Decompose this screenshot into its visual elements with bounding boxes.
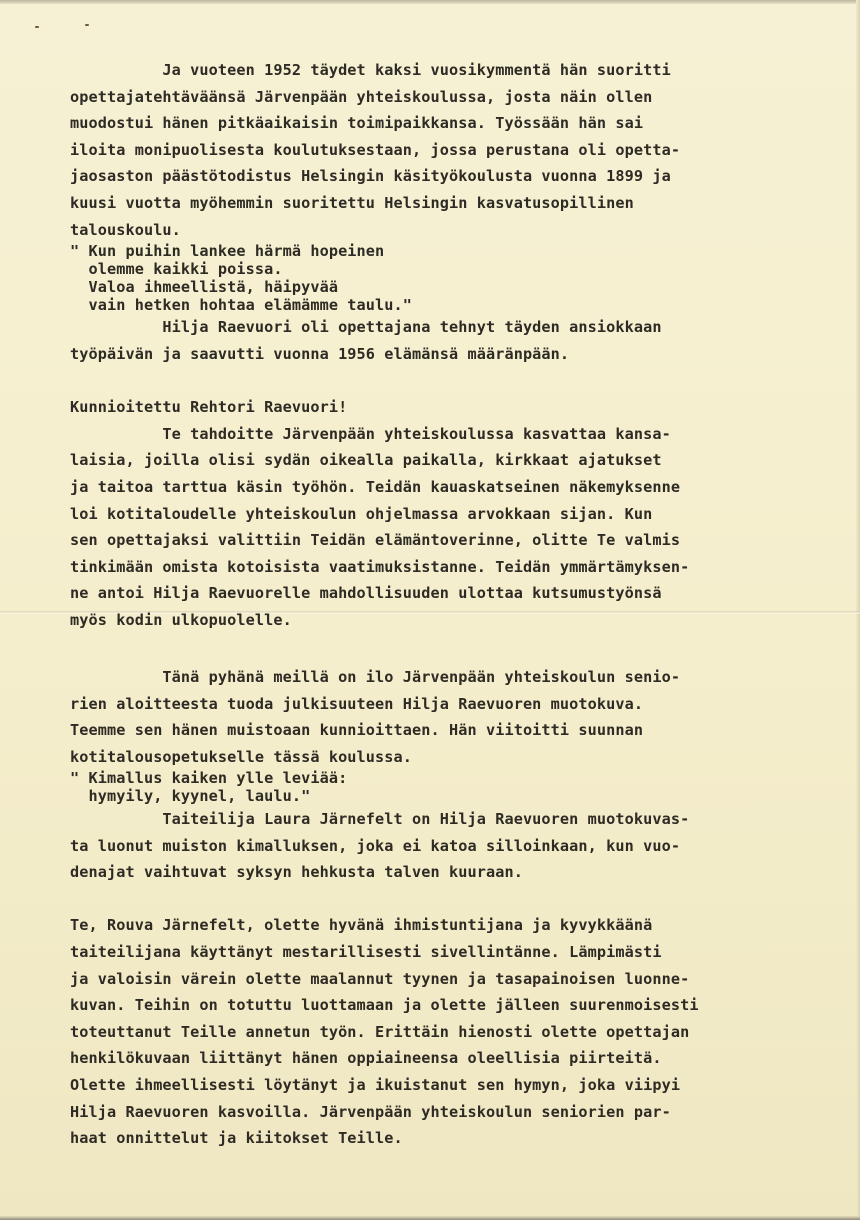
paragraph-portrait-unveiling: Tänä pyhänä meillä on ilo Järvenpään yht…	[70, 664, 830, 770]
pencil-mark	[35, 23, 90, 29]
text-line: Te tahdoitte Järvenpään yhteiskoulussa k…	[70, 421, 830, 448]
text-line: Te, Rouva Järnefelt, olette hyvänä ihmis…	[70, 912, 830, 939]
text-line: toteuttanut Teille annetun työn. Erittäi…	[70, 1019, 830, 1046]
text-line: Teemme sen hänen muistoaan kunnioittaen.…	[70, 717, 830, 744]
text-line: rien aloitteesta tuoda julkisuuteen Hilj…	[70, 691, 830, 718]
paragraph-life-work: Hilja Raevuori oli opettajana tehnyt täy…	[70, 314, 830, 367]
text-line: laisia, joilla olisi sydän oikealla paik…	[70, 447, 830, 474]
text-line: haat onnittelut ja kiitokset Teille.	[70, 1125, 830, 1152]
text-line: Tänä pyhänä meillä on ilo Järvenpään yht…	[70, 664, 830, 691]
paper-bottom-edge	[0, 1216, 860, 1220]
text-line: opettajatehtäväänsä Järvenpään yhteiskou…	[70, 84, 830, 111]
text-line: ta luonut muiston kimalluksen, joka ei k…	[70, 833, 830, 860]
paragraph-thanks-artist: Te, Rouva Järnefelt, olette hyvänä ihmis…	[70, 912, 830, 1151]
paragraph-artist: Taiteilija Laura Järnefelt on Hilja Raev…	[70, 806, 830, 886]
text-line: Ja vuoteen 1952 täydet kaksi vuosikymmen…	[70, 57, 830, 84]
verse-line: " Kimallus kaiken ylle leviää:	[70, 770, 830, 788]
text-line: taiteilijana käyttänyt mestarillisesti s…	[70, 939, 830, 966]
text-line: Hilja Raevuori oli opettajana tehnyt täy…	[70, 314, 830, 341]
paper-top-edge	[0, 0, 860, 4]
verse-line: Valoa ihmeellistä, häipyvää	[70, 279, 830, 297]
paragraph-career: Ja vuoteen 1952 täydet kaksi vuosikymmen…	[70, 57, 830, 243]
text-line: ja valoisin värein olette maalannut tyyn…	[70, 966, 830, 993]
verse-line: " Kun puihin lankee härmä hopeinen	[70, 243, 830, 261]
text-line: loi kotitaloudelle yhteiskoulun ohjelmas…	[70, 501, 830, 528]
text-line: ja taitoa tarttua käsin työhön. Teidän k…	[70, 474, 830, 501]
typewritten-page: Ja vuoteen 1952 täydet kaksi vuosikymmen…	[0, 0, 860, 1220]
verse-line: hymyily, kyynel, laulu."	[70, 788, 830, 806]
text-line: iloita monipuolisesta koulutuksestaan, j…	[70, 137, 830, 164]
text-line: kuvan. Teihin on totuttu luottamaan ja o…	[70, 992, 830, 1019]
text-line: talouskoulu.	[70, 217, 830, 244]
text-line: henkilökuvaan liittänyt hänen oppiaineen…	[70, 1045, 830, 1072]
salutation-rector: Kunnioitettu Rehtori Raevuori!	[70, 394, 830, 421]
text-line: myös kodin ulkopuolelle.	[70, 607, 830, 634]
verse-quote-1: " Kun puihin lankee härmä hopeinen olemm…	[70, 243, 830, 314]
verse-quote-2: " Kimallus kaiken ylle leviää: hymyily, …	[70, 770, 830, 806]
text-line: muodostui hänen pitkäaikaisin toimipaikk…	[70, 110, 830, 137]
text-line: Taiteilija Laura Järnefelt on Hilja Raev…	[70, 806, 830, 833]
text-line: tinkimään omista kotoisista vaatimuksist…	[70, 554, 830, 581]
document-body: Ja vuoteen 1952 täydet kaksi vuosikymmen…	[70, 57, 830, 1152]
text-line: työpäivän ja saavutti vuonna 1956 elämän…	[70, 341, 830, 368]
text-line: ne antoi Hilja Raevuorelle mahdollisuude…	[70, 580, 830, 607]
verse-line: vain hetken hohtaa elämämme taulu."	[70, 297, 830, 315]
text-line: Olette ihmeellisesti löytänyt ja ikuista…	[70, 1072, 830, 1099]
paragraph-rector: Te tahdoitte Järvenpään yhteiskoulussa k…	[70, 421, 830, 634]
text-line: kuusi vuotta myöhemmin suoritettu Helsin…	[70, 190, 830, 217]
text-line: kotitalousopetukselle tässä koulussa.	[70, 744, 830, 771]
text-line: sen opettajaksi valittiin Teidän elämänt…	[70, 527, 830, 554]
text-line: denajat vaihtuvat syksyn hehkusta talven…	[70, 859, 830, 886]
text-line: jaosaston päästötodistus Helsingin käsit…	[70, 163, 830, 190]
paper-right-edge	[856, 0, 860, 1220]
text-line: Hilja Raevuoren kasvoilla. Järvenpään yh…	[70, 1099, 830, 1126]
verse-line: olemme kaikki poissa.	[70, 261, 830, 279]
